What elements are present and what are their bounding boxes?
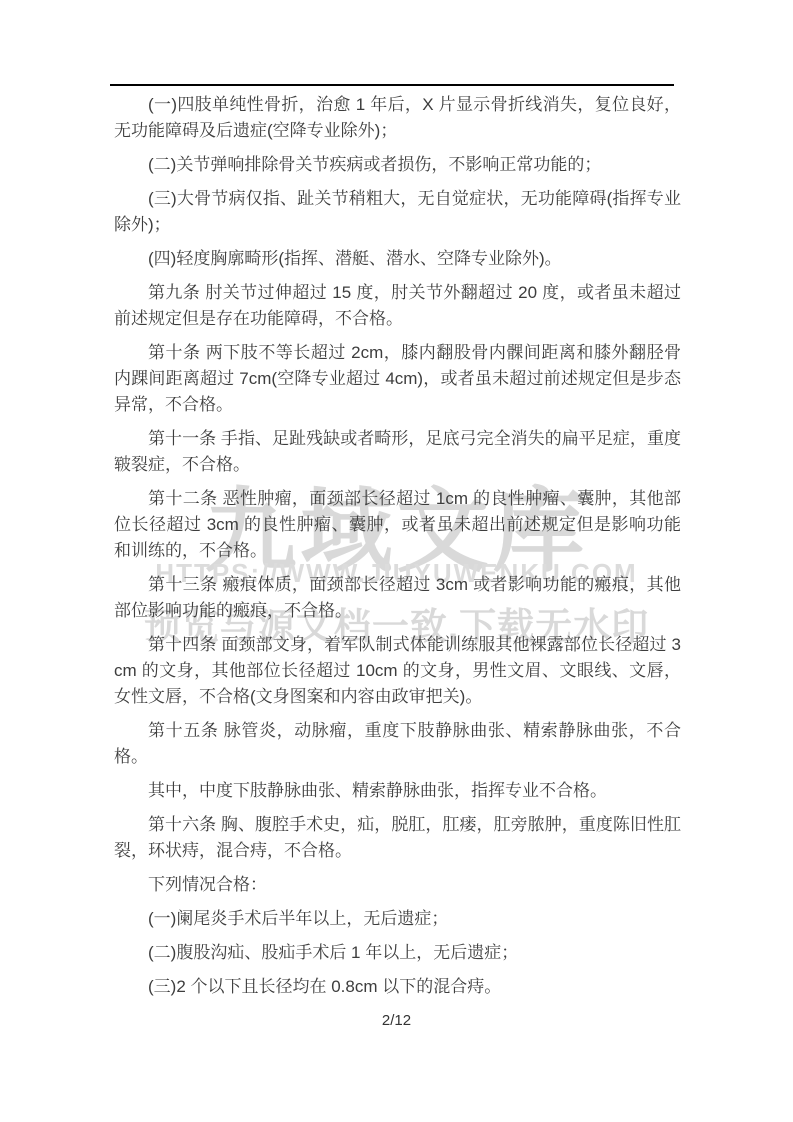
paragraph-10: 第十四条 面颈部文身，着军队制式体能训练服其他裸露部位长径超过 3cm 的文身，… xyxy=(114,632,681,710)
paragraph-14: 下列情况合格： xyxy=(114,872,681,898)
paragraph-1: (一)四肢单纯性骨折，治愈 1 年后，X 片显示骨折线消失，复位良好，无功能障碍… xyxy=(114,92,681,144)
paragraph-7: 第十一条 手指、足趾残缺或者畸形，足底弓完全消失的扁平足症，重度皲裂症，不合格。 xyxy=(114,426,681,478)
page-number: 2/12 xyxy=(0,1012,793,1029)
paragraph-17: (三)2 个以下且长径均在 0.8cm 以下的混合痔。 xyxy=(114,974,681,1000)
paragraph-2: (二)关节弹响排除骨关节疾病或者损伤，不影响正常功能的； xyxy=(114,152,681,178)
paragraph-3: (三)大骨节病仅指、趾关节稍粗大，无自觉症状，无功能障碍(指挥专业除外)； xyxy=(114,186,681,238)
paragraph-4: (四)轻度胸廓畸形(指挥、潜艇、潜水、空降专业除外)。 xyxy=(114,246,681,272)
paragraph-11: 第十五条 脉管炎，动脉瘤，重度下肢静脉曲张、精索静脉曲张，不合格。 xyxy=(114,718,681,770)
header-divider xyxy=(110,84,674,86)
document-page: 九域文库 HTTPS://WWW.JIUYUWENKU.COM 预览与源文档一致… xyxy=(0,0,793,1122)
paragraph-8: 第十二条 恶性肿瘤，面颈部长径超过 1cm 的良性肿瘤、囊肿，其他部位长径超过 … xyxy=(114,486,681,564)
paragraph-5: 第九条 肘关节过伸超过 15 度，肘关节外翻超过 20 度，或者虽未超过前述规定… xyxy=(114,280,681,332)
paragraph-15: (一)阑尾炎手术后半年以上，无后遗症； xyxy=(114,906,681,932)
paragraph-9: 第十三条 瘢痕体质，面颈部长径超过 3cm 或者影响功能的瘢痕，其他部位影响功能… xyxy=(114,572,681,624)
paragraph-16: (二)腹股沟疝、股疝手术后 1 年以上，无后遗症； xyxy=(114,940,681,966)
paragraph-12: 其中，中度下肢静脉曲张、精索静脉曲张，指挥专业不合格。 xyxy=(114,778,681,804)
document-body: (一)四肢单纯性骨折，治愈 1 年后，X 片显示骨折线消失，复位良好，无功能障碍… xyxy=(114,92,681,1008)
paragraph-13: 第十六条 胸、腹腔手术史，疝，脱肛，肛瘘，肛旁脓肿，重度陈旧性肛裂，环状痔，混合… xyxy=(114,812,681,864)
paragraph-6: 第十条 两下肢不等长超过 2cm，膝内翻股骨内髁间距离和膝外翻胫骨内踝间距离超过… xyxy=(114,340,681,418)
